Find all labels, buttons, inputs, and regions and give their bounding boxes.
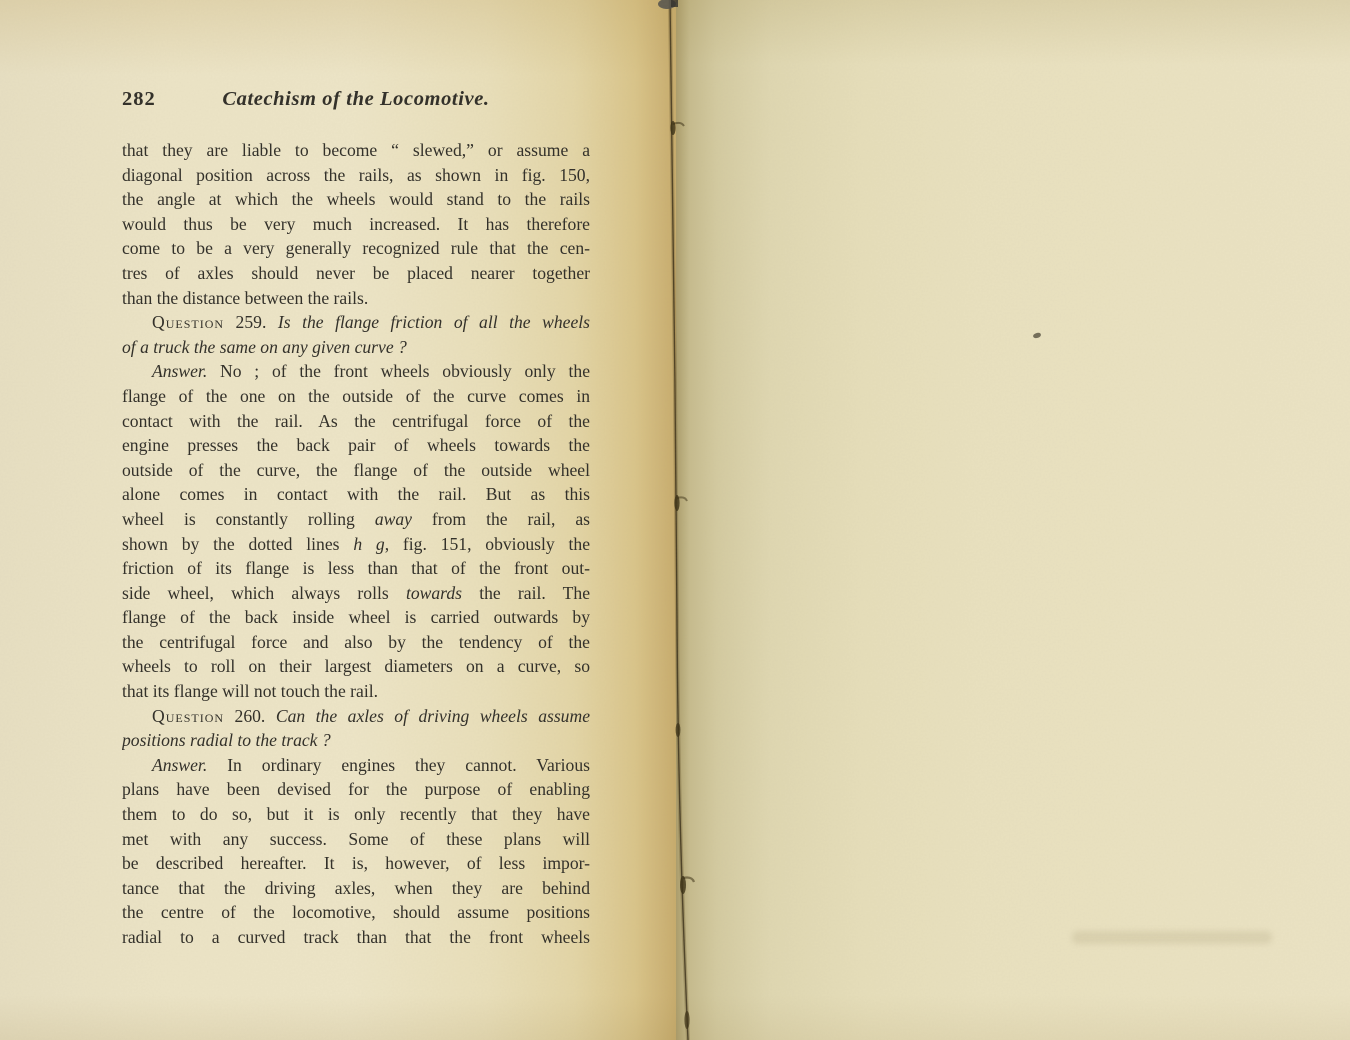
text-line: Answer. No ; of the front wheels obvious… (122, 359, 590, 384)
text-line: side wheel, which always rolls towards t… (122, 581, 590, 606)
left-running-title: Catechism of the Locomotive. (222, 88, 489, 111)
text-line: the centrifugal force and also by the te… (122, 630, 590, 655)
text-line: diagonal position across the rails, as s… (122, 163, 590, 188)
text-line: positions radial to the track ? (122, 728, 590, 753)
text-line: come to be a very generally recognized r… (122, 236, 590, 261)
text-line: tance that the driving axles, when they … (122, 876, 590, 901)
text-line: friction of its flange is less than that… (122, 556, 590, 581)
text-line: tres of axles should never be placed nea… (122, 261, 590, 286)
show-through-text (1072, 931, 1272, 944)
book-spread: 282 Catechism of the Locomotive. that th… (0, 0, 1350, 1040)
text-line: outside of the curve, the flange of the … (122, 458, 590, 483)
text-line: Question 260. Can the axles of driving w… (122, 704, 590, 729)
left-page-text: 282 Catechism of the Locomotive. that th… (122, 88, 590, 950)
text-line: wheel is constantly rolling away from th… (122, 507, 590, 532)
text-line: contact with the rail. As the centrifuga… (122, 409, 590, 434)
text-line: shown by the dotted lines h g, fig. 151,… (122, 532, 590, 557)
text-line: engine presses the back pair of wheels t… (122, 433, 590, 458)
text-line: flange of the back inside wheel is carri… (122, 605, 590, 630)
left-page: 282 Catechism of the Locomotive. that th… (0, 0, 676, 1040)
text-line: Question 259. Is the flange friction of … (122, 310, 590, 335)
right-page: The Running-Gear. 283 should. This is il… (676, 0, 1350, 1040)
left-page-number: 282 (122, 88, 156, 111)
text-line: the centre of the locomotive, should ass… (122, 900, 590, 925)
text-line: of a truck the same on any given curve ? (122, 335, 590, 360)
left-page-header: 282 Catechism of the Locomotive. (122, 88, 590, 116)
text-line: than the distance between the rails. (122, 286, 590, 311)
text-line: radial to a curved track than that the f… (122, 925, 590, 950)
text-line: that its flange will not touch the rail. (122, 679, 590, 704)
text-line: be described hereafter. It is, however, … (122, 851, 590, 876)
left-page-body: that they are liable to become “ slewed,… (122, 138, 590, 950)
paragraph: Answer. No ; of the front wheels obvious… (122, 359, 590, 703)
text-line: flange of the one on the outside of the … (122, 384, 590, 409)
paragraph: Question 260. Can the axles of driving w… (122, 704, 590, 753)
text-line: would thus be very much increased. It ha… (122, 212, 590, 237)
text-line: that they are liable to become “ slewed,… (122, 138, 590, 163)
text-line: wheels to roll on their largest diameter… (122, 654, 590, 679)
text-line: the angle at which the wheels would stan… (122, 187, 590, 212)
text-line: plans have been devised for the purpose … (122, 777, 590, 802)
text-line: met with any success. Some of these plan… (122, 827, 590, 852)
paragraph: that they are liable to become “ slewed,… (122, 138, 590, 310)
text-line: Answer. In ordinary engines they cannot.… (122, 753, 590, 778)
paragraph: Question 259. Is the flange friction of … (122, 310, 590, 359)
text-line: alone comes in contact with the rail. Bu… (122, 482, 590, 507)
text-line: them to do so, but it is only recently t… (122, 802, 590, 827)
paragraph: Answer. In ordinary engines they cannot.… (122, 753, 590, 950)
